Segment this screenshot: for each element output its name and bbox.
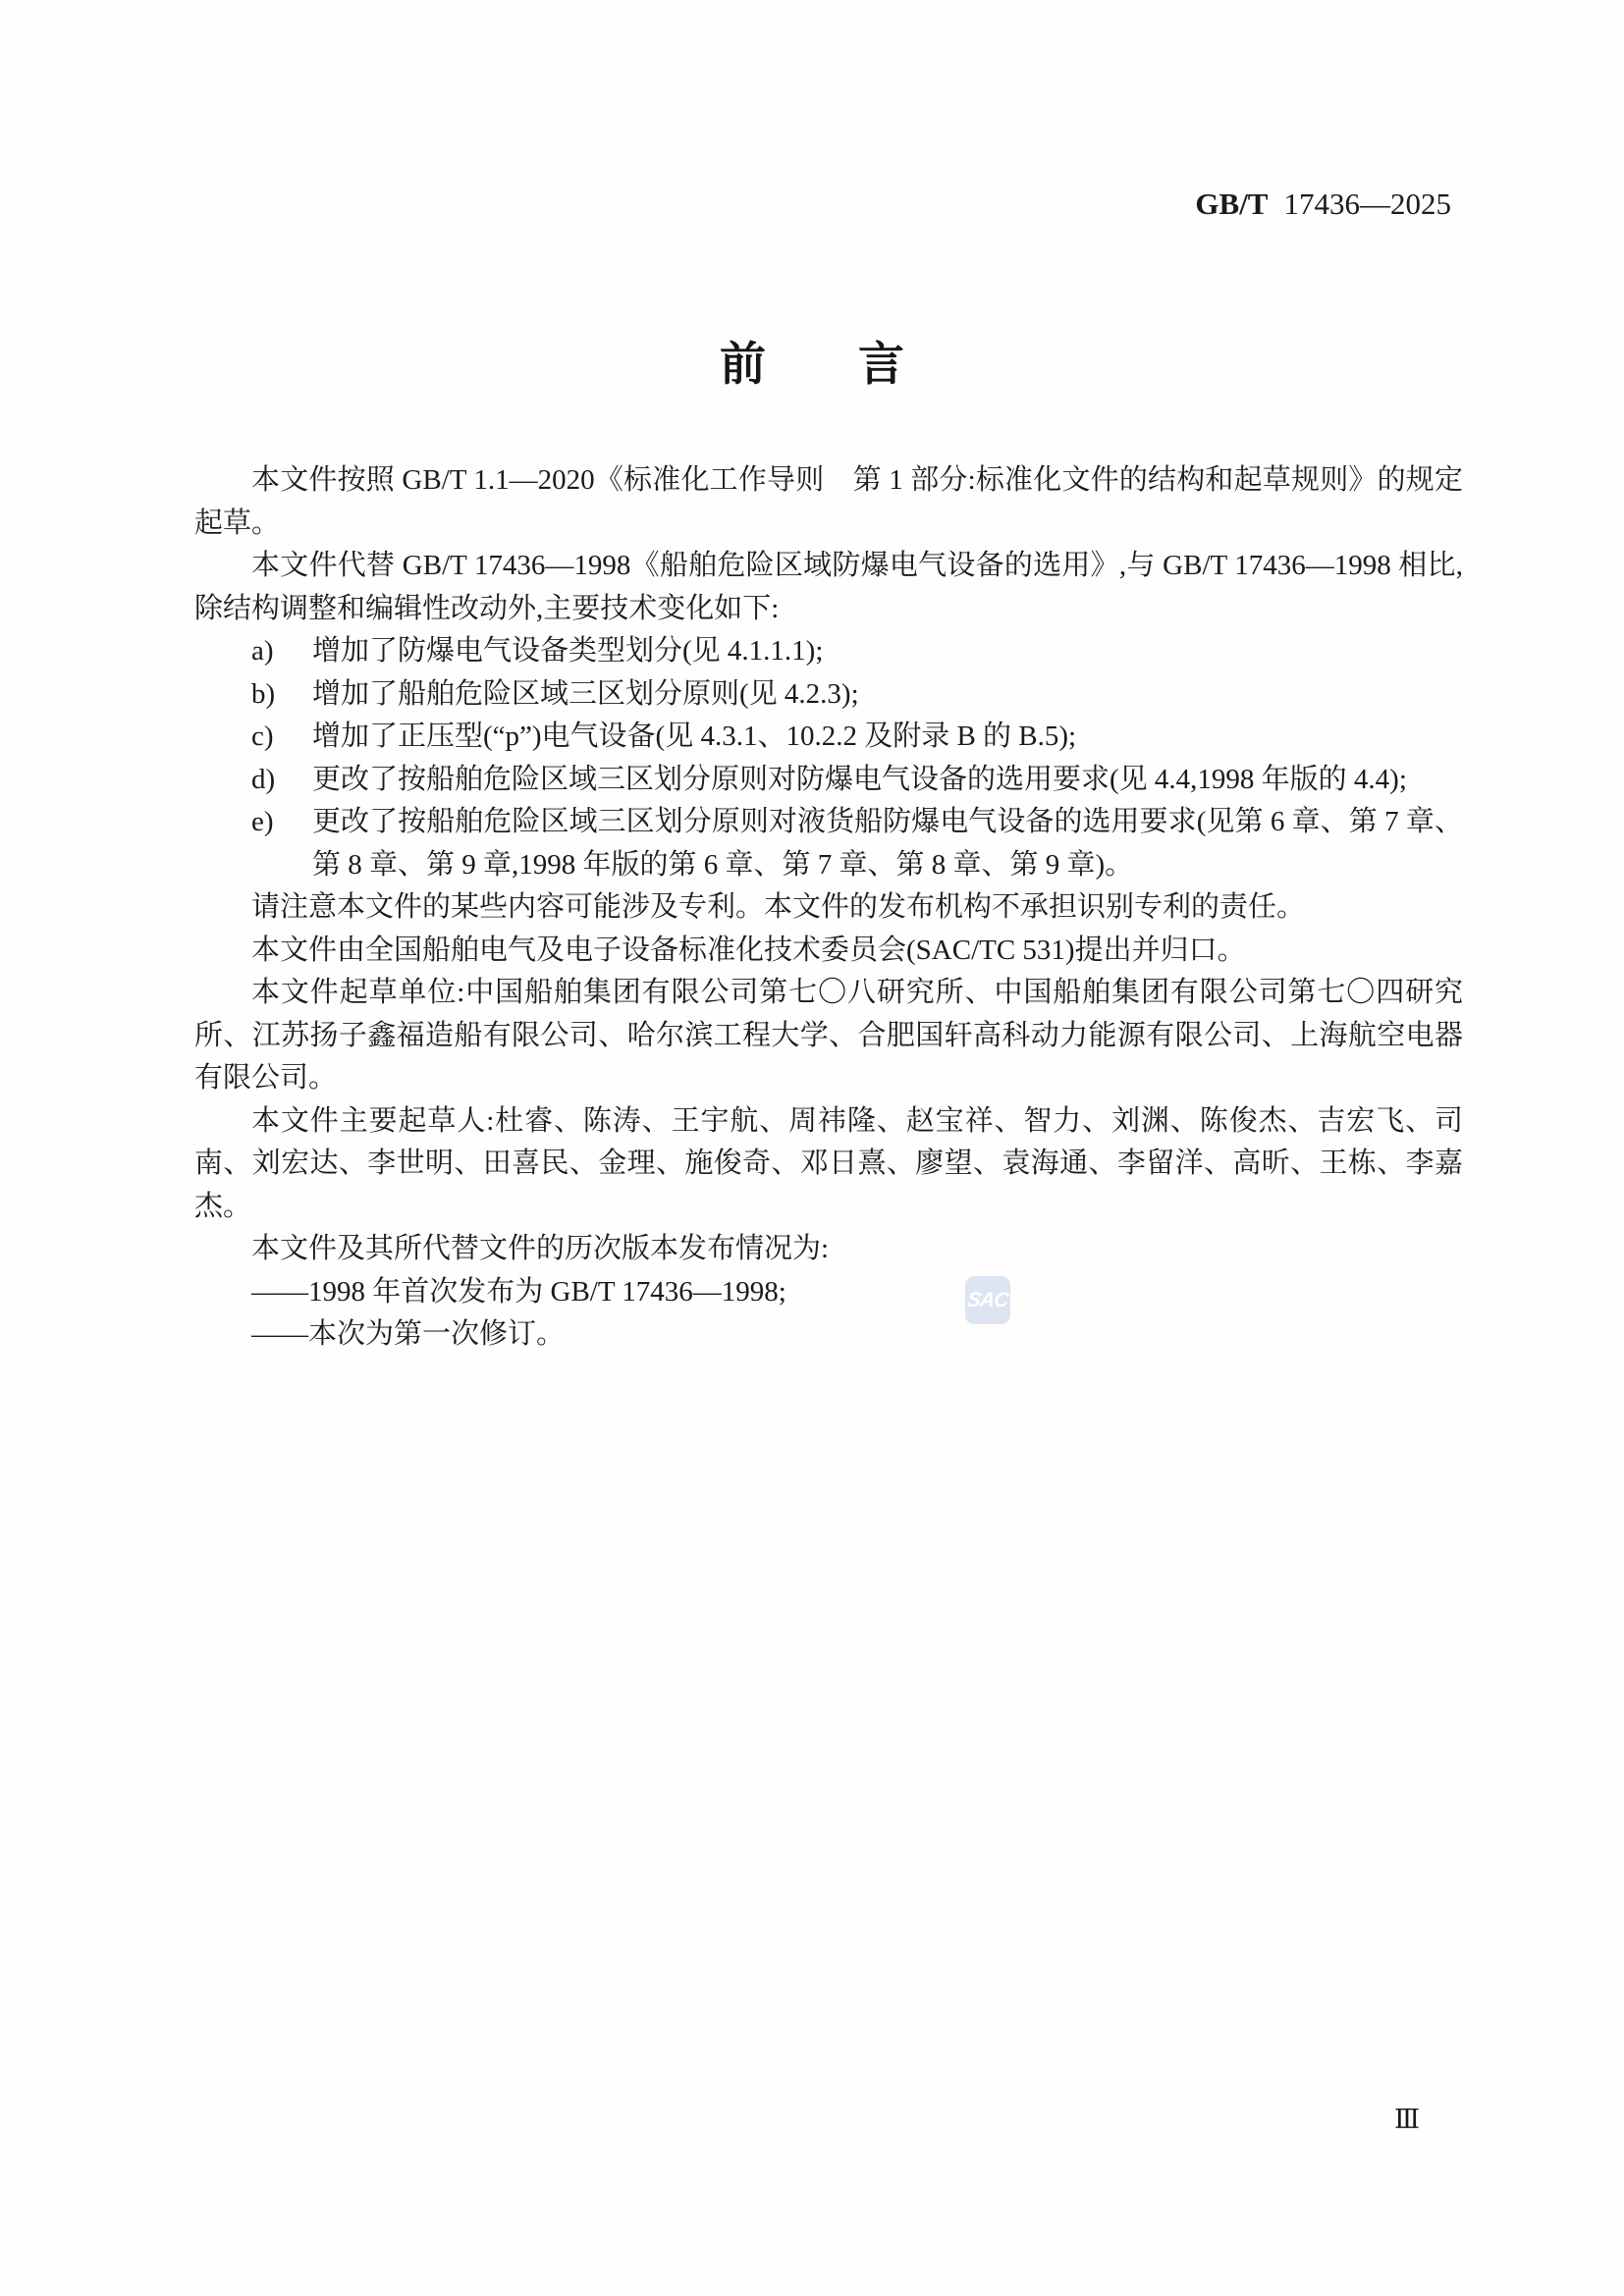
para-drafting-basis: 本文件按照 GB/T 1.1—2020《标准化工作导则 第 1 部分:标准化文件… bbox=[194, 459, 1463, 545]
list-text-a: 增加了防爆电气设备类型划分(见 4.1.1.1); bbox=[312, 630, 1463, 673]
change-item-e: e) 更改了按船舶危险区域三区划分原则对液货船防爆电气设备的选用要求(见第 6 … bbox=[194, 801, 1463, 886]
list-marker-a: a) bbox=[251, 630, 312, 673]
history-entry-first-release: ——1998 年首次发布为 GB/T 17436—1998; bbox=[194, 1271, 1463, 1314]
change-item-b: b) 增加了船舶危险区域三区划分原则(见 4.2.3); bbox=[194, 673, 1463, 717]
para-replacement: 本文件代替 GB/T 17436—1998《船舶危险区域防爆电气设备的选用》,与… bbox=[194, 545, 1463, 630]
history-entry-revision: ——本次为第一次修订。 bbox=[194, 1313, 1463, 1357]
para-committee: 本文件由全国船舶电气及电子设备标准化技术委员会(SAC/TC 531)提出并归口… bbox=[194, 930, 1463, 973]
list-marker-b: b) bbox=[251, 673, 312, 717]
para-drafting-units: 本文件起草单位:中国船舶集团有限公司第七〇八研究所、中国船舶集团有限公司第七〇四… bbox=[194, 972, 1463, 1100]
page-number: Ⅲ bbox=[1394, 2105, 1420, 2135]
para-drafters: 本文件主要起草人:杜睿、陈涛、王宇航、周祎隆、赵宝祥、智力、刘渊、陈俊杰、吉宏飞… bbox=[194, 1100, 1463, 1229]
sac-watermark-logo: SAC bbox=[965, 1276, 1010, 1324]
title-char-1: 前 bbox=[720, 338, 766, 390]
standard-code-prefix: GB/T bbox=[1195, 187, 1268, 221]
list-text-b: 增加了船舶危险区域三区划分原则(见 4.2.3); bbox=[312, 673, 1463, 717]
foreword-body: 本文件按照 GB/T 1.1—2020《标准化工作导则 第 1 部分:标准化文件… bbox=[194, 459, 1463, 1357]
title-char-2: 言 bbox=[858, 338, 904, 390]
para-history-intro: 本文件及其所代替文件的历次版本发布情况为: bbox=[194, 1228, 1463, 1271]
standard-code-number: 17436—2025 bbox=[1284, 187, 1452, 221]
list-text-c: 增加了正压型(“p”)电气设备(见 4.3.1、10.2.2 及附录 B 的 B… bbox=[312, 716, 1463, 759]
list-marker-e: e) bbox=[251, 801, 312, 886]
change-item-c: c) 增加了正压型(“p”)电气设备(见 4.3.1、10.2.2 及附录 B … bbox=[194, 716, 1463, 759]
change-item-a: a) 增加了防爆电气设备类型划分(见 4.1.1.1); bbox=[194, 630, 1463, 673]
list-text-e: 更改了按船舶危险区域三区划分原则对液货船防爆电气设备的选用要求(见第 6 章、第… bbox=[312, 801, 1463, 886]
standard-code-header: GB/T17436—2025 bbox=[1195, 187, 1451, 222]
list-text-d: 更改了按船舶危险区域三区划分原则对防爆电气设备的选用要求(见 4.4,1998 … bbox=[312, 759, 1463, 802]
change-item-d: d) 更改了按船舶危险区域三区划分原则对防爆电气设备的选用要求(见 4.4,19… bbox=[194, 759, 1463, 802]
para-patent-notice: 请注意本文件的某些内容可能涉及专利。本文件的发布机构不承担识别专利的责任。 bbox=[194, 886, 1463, 930]
sac-logo-text: SAC bbox=[966, 1289, 1010, 1312]
list-marker-c: c) bbox=[251, 716, 312, 759]
document-page: GB/T17436—2025 前言 本文件按照 GB/T 1.1—2020《标准… bbox=[0, 0, 1624, 2296]
page-title-foreword: 前言 bbox=[0, 328, 1624, 394]
list-marker-d: d) bbox=[251, 759, 312, 802]
technical-changes-list: a) 增加了防爆电气设备类型划分(见 4.1.1.1); b) 增加了船舶危险区… bbox=[194, 630, 1463, 886]
